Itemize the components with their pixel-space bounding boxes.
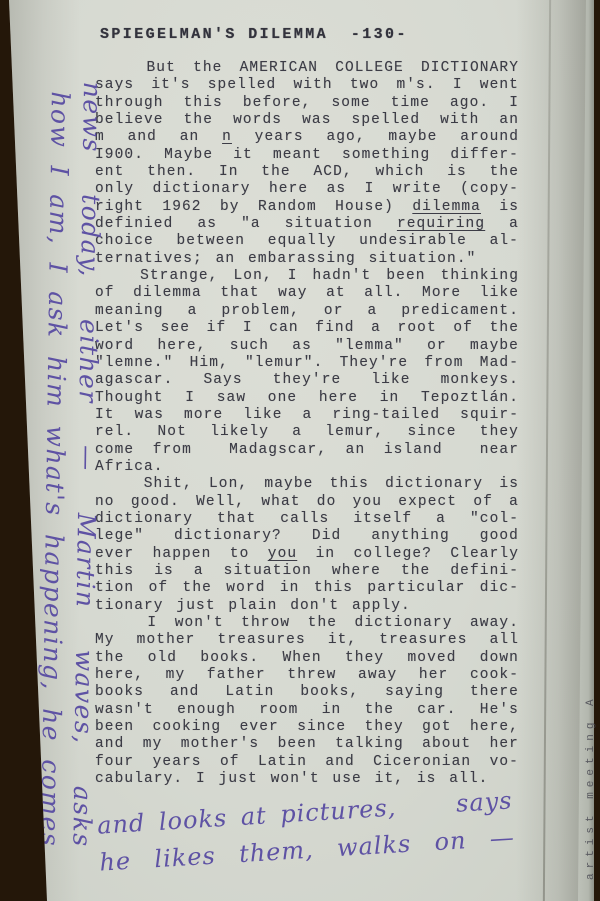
typed-line: books and Latin books, saying there <box>95 684 519 701</box>
typed-line: I won't throw the dictionary away. <box>95 615 519 632</box>
adjacent-page-text-fragment: artist meeting A <box>585 694 597 880</box>
typed-paragraph: Strange, Lon, I hadn't been thinkingof d… <box>95 268 519 476</box>
typed-line: ternatives; an embarassing situation." <box>95 251 519 268</box>
typed-line: Shit, Lon, maybe this dictionary is <box>95 476 519 493</box>
typed-line: tionary just plain don't apply. <box>95 598 519 615</box>
typed-line: wasn't enough room in the car. He's <box>95 702 519 719</box>
typed-line: m and an n years ago, maybe around <box>95 129 519 146</box>
typed-line: "lemne." Him, "lemur". They're from Mad- <box>95 355 519 372</box>
typed-line: and my mother's been talking about her <box>95 736 519 753</box>
typed-line: My mother treasures it, treasures all <box>95 632 519 649</box>
typed-line: of dilemma that way at all. More like <box>95 285 519 302</box>
typed-line: definied as "a situation requiring a <box>95 216 519 233</box>
handwritten-margin-note: news today, either — Martin waves, asks … <box>33 81 108 848</box>
typed-line: It was more like a ring-tailed squir- <box>95 407 519 424</box>
right-fold-shadow <box>516 0 586 901</box>
typed-line: four years of Latin and Ciceronian vo- <box>95 754 519 771</box>
typed-line: lege" dictionary? Did anything good <box>95 528 519 545</box>
typed-line: through this before, some time ago. I <box>95 95 519 112</box>
typed-line: the old books. When they moved down <box>95 650 519 667</box>
typed-line: this is a situation where the defini- <box>95 563 519 580</box>
typed-line: dictionary that calls itself a "col- <box>95 511 519 528</box>
typed-line: Africa. <box>95 459 519 476</box>
typed-paragraph: Shit, Lon, maybe this dictionary isno go… <box>95 476 519 615</box>
typed-line: says it's spelled with two m's. I went <box>95 77 519 94</box>
typed-line: But the AMERICAN COLLEGE DICTIONARY <box>95 60 519 77</box>
typed-text-block: But the AMERICAN COLLEGE DICTIONARYsays … <box>95 60 519 788</box>
typed-line: no good. Well, what do you expect of a <box>95 494 519 511</box>
typed-line: right 1962 by Random House) dilemma is <box>95 199 519 216</box>
typed-paragraph: I won't throw the dictionary away.My mot… <box>95 615 519 788</box>
typed-line: word here, such as "lemma" or maybe <box>95 338 519 355</box>
typed-line: believe the words was spelled with an <box>95 112 519 129</box>
typed-line: here, my father threw away her cook- <box>95 667 519 684</box>
typed-line: tion of the word in this particular dic- <box>95 580 519 597</box>
handwritten-bottom-note: and looks at pictures, says he likes the… <box>96 782 516 881</box>
typed-line: agascar. Says they're like monkeys. <box>95 372 519 389</box>
typed-paragraph: But the AMERICAN COLLEGE DICTIONARYsays … <box>95 60 519 268</box>
typed-line: Strange, Lon, I hadn't been thinking <box>95 268 519 285</box>
bottom-note-text: says <box>455 782 514 822</box>
typed-line: ent then. In the ACD, which is the <box>95 164 519 181</box>
typed-line: rel. Not likely a lemur, since they <box>95 424 519 441</box>
typed-line: been cooking ever since they got here, <box>95 719 519 736</box>
page-header-title: SPIEGELMAN'S DILEMMA -130- <box>100 26 408 43</box>
typed-line: choice between equally undesirable al- <box>95 233 519 250</box>
typed-line: ever happen to you in college? Clearly <box>95 546 519 563</box>
typed-line: Let's see if I can find a root of the <box>95 320 519 337</box>
document-page: SPIEGELMAN'S DILEMMA -130- But the AMERI… <box>0 0 600 901</box>
typed-line: meaning a problem, or a predicament. <box>95 303 519 320</box>
typed-line: only dictionary here as I write (copy- <box>95 181 519 198</box>
typed-line: Thought I saw one here in Tepoztlán. <box>95 390 519 407</box>
typed-line: I900. Maybe it meant something differ- <box>95 147 519 164</box>
typed-line: come from Madagscar, an island near <box>95 442 519 459</box>
